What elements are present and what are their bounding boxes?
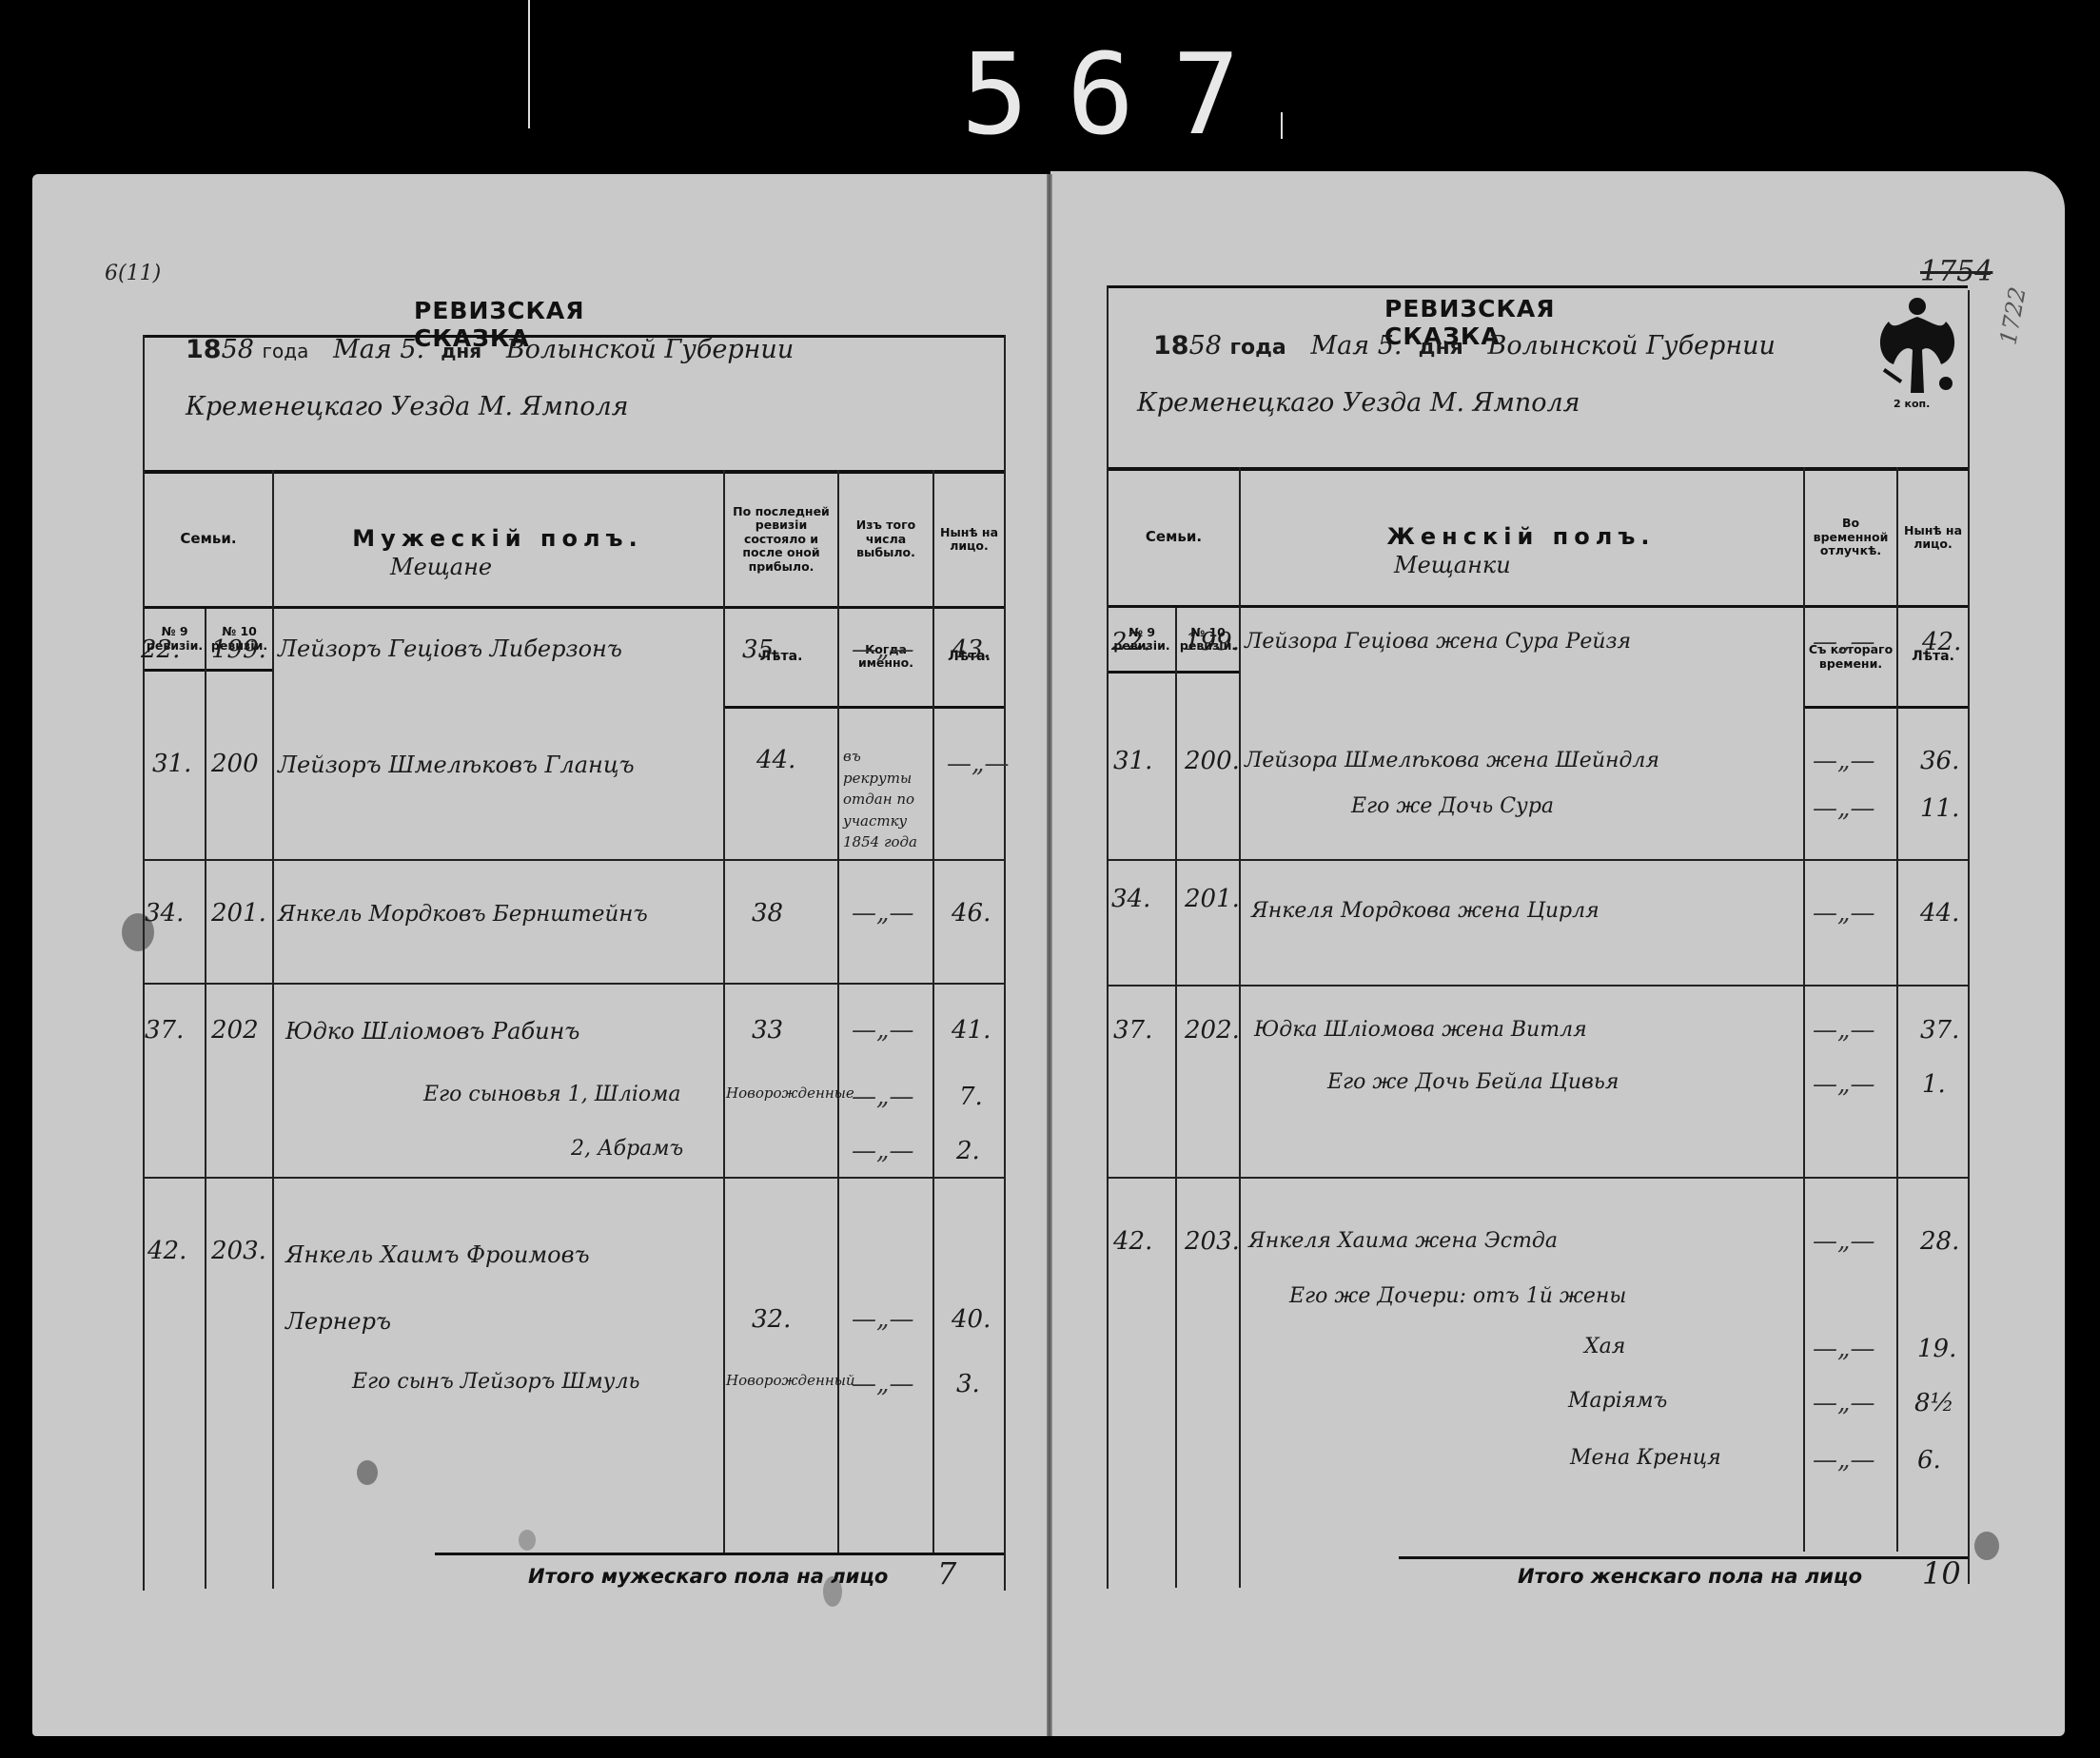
rev9-number: 22. [1111, 628, 1150, 656]
age-now: 28. [1920, 1227, 1959, 1256]
header-years: Лѣта. [1898, 608, 1968, 706]
age-now: 42. [1922, 628, 1961, 656]
total-rule [1399, 1556, 1968, 1559]
year-suffix: года [1230, 336, 1286, 360]
subheader-rule [723, 706, 1004, 709]
absent-value: —„— [1813, 1227, 1874, 1256]
district-line: Кременецкаго Уезда М. Ямполя [186, 392, 629, 421]
person-name: Янкель Хаимъ Фроимовъ [285, 1241, 590, 1268]
age-now: 11. [1920, 794, 1959, 823]
scan-tick-mark [528, 0, 530, 128]
rev10-number: 199. [1185, 628, 1240, 656]
header-departed: Изъ того числа выбыло. [839, 473, 932, 606]
total-rule [435, 1553, 1004, 1555]
subheader-rule [145, 669, 272, 672]
age-last-revision: 38 [752, 899, 783, 928]
absent-value: —„— [1813, 899, 1874, 928]
rev10-number: 203. [1185, 1227, 1240, 1256]
header-present: Нынѣ на лицо. [1898, 470, 1968, 605]
absent-value: —„— [1813, 747, 1874, 775]
age-last-revision: 35. [742, 635, 781, 664]
rev9-number: 37. [1113, 1016, 1152, 1045]
person-name: Его сынъ Лейзоръ Шмуль [352, 1370, 639, 1394]
rev9-number: 34. [145, 899, 184, 928]
col-rule [1175, 608, 1177, 1588]
scan-tick-mark [1281, 112, 1283, 139]
subheader-rule [1803, 706, 1968, 709]
person-name: Лейзоръ Шмелѣковъ Гланцъ [278, 752, 635, 778]
year-suffix: года [263, 340, 309, 362]
absent-value: —„— [1813, 1070, 1874, 1099]
person-name: Лернеръ [285, 1308, 391, 1335]
person-name: Хая [1584, 1335, 1625, 1358]
age-now: 2. [956, 1137, 980, 1165]
age-last-revision: 33 [752, 1016, 783, 1045]
age-last-revision: 44. [756, 746, 795, 774]
total-label: Итого женскаго пола на лицо [1518, 1565, 1862, 1588]
age-last-revision: Новорожденные [726, 1084, 854, 1102]
col-rule [272, 470, 274, 1589]
frame-right-rule [1968, 290, 1970, 1584]
rev9-number: 34. [1111, 885, 1150, 913]
age-last-revision: Новорожденный [726, 1372, 855, 1389]
age-now: 40. [952, 1305, 991, 1334]
age-now: —„— [947, 750, 1009, 778]
absent-value: —„— [1813, 794, 1874, 823]
district-line: Кременецкаго Уезда М. Ямполя [1137, 388, 1580, 418]
person-name: Янкеля Хаима жена Эстда [1248, 1229, 1558, 1253]
departed-value: —„— [852, 635, 913, 664]
date-line: 1858 года Мая 5. дня Волынской Губернии [186, 335, 794, 364]
stamp-duty-label: 2 коп. [1894, 398, 1930, 410]
day: 5. [1378, 331, 1403, 361]
departed-value: —„— [852, 1083, 913, 1111]
departed-value: —„— [852, 1305, 913, 1334]
age-now: 37. [1920, 1016, 1959, 1045]
year-written: 58 [222, 335, 254, 364]
estate-label: Мещанки [1394, 552, 1511, 578]
province: Волынской Губернии [506, 335, 794, 364]
departed-value: —„— [852, 1370, 913, 1398]
archive-page-number: 567 [961, 38, 1278, 150]
header-last-revision: По последней ревизіи состояло и после он… [725, 473, 837, 606]
ink-stain [357, 1460, 378, 1485]
month: Мая [1311, 331, 1370, 361]
day-label: дня [441, 340, 481, 362]
folio-mark: 6(11) [105, 262, 161, 285]
person-name: Его же Дочь Бейла Цивья [1327, 1070, 1619, 1094]
header-section: Женскій полъ. [1239, 470, 1803, 605]
person-name: Марiямъ [1568, 1389, 1667, 1413]
departed-value: —„— [852, 899, 913, 928]
absent-value: —„— [1813, 1389, 1874, 1417]
departed-value: —„— [852, 1016, 913, 1045]
month: Мая [333, 335, 392, 364]
person-name: Янкеля Мордкова жена Цирля [1251, 899, 1600, 923]
rev9-number: 42. [147, 1237, 186, 1265]
rev10-number: 202 [211, 1016, 259, 1045]
rev9-number: 31. [152, 750, 191, 778]
rev10-number: 201. [1185, 885, 1240, 913]
year-printed: 18 [1153, 331, 1189, 361]
header-since: Съ котораго времени. [1805, 608, 1896, 706]
rev9-number: 22. [141, 635, 180, 664]
row-rule [145, 983, 1004, 985]
header-section: Мужескій полъ. [272, 473, 723, 606]
absent-value: —„— [1813, 1016, 1874, 1045]
book-gutter [1047, 174, 1052, 1736]
header-family: Семьи. [145, 473, 272, 606]
subheader-rule [1109, 671, 1239, 674]
rev10-number: 200. [1185, 747, 1240, 775]
rev10-number: 201. [211, 899, 266, 928]
header-family: Семьи. [1109, 470, 1239, 605]
person-name: Лейзоръ Гецiовъ Либерзонъ [278, 635, 622, 662]
absent-value: —„— [1813, 628, 1874, 656]
rev9-number: 37. [145, 1016, 184, 1045]
total-value: 10 [1922, 1555, 1961, 1592]
total-value: 7 [937, 1555, 956, 1592]
row-rule [1109, 859, 1968, 861]
person-name: Мена Кренця [1570, 1446, 1721, 1470]
header-present: Нынѣ на лицо. [934, 473, 1004, 606]
frame-right-rule [1004, 335, 1006, 1591]
departed-value: —„— [852, 1137, 913, 1165]
rev10-number: 199. [211, 635, 266, 664]
person-name: 2, Абрамъ [571, 1137, 683, 1161]
day-label: дня [1419, 336, 1463, 360]
folio-mark: 1754 [1920, 255, 1992, 288]
age-now: 8½ [1914, 1389, 1954, 1417]
total-label: Итого мужескаго пола на лицо [528, 1565, 888, 1588]
age-now: 6. [1917, 1446, 1941, 1475]
absent-value: —„— [1813, 1446, 1874, 1475]
age-last-revision: 32. [752, 1305, 791, 1334]
rev10-number: 203. [211, 1237, 266, 1265]
person-name: Янкель Мордковъ Бернштейнъ [278, 902, 648, 927]
rev9-number: 42. [1113, 1227, 1152, 1256]
person-name: Его же Дочь Сура [1351, 794, 1554, 818]
person-name: Юдка Шлiомова жена Витля [1254, 1018, 1587, 1042]
row-rule [1109, 1177, 1968, 1179]
age-now: 3. [956, 1370, 980, 1398]
age-now: 36. [1920, 747, 1959, 775]
col-rule [205, 609, 206, 1589]
frame-top-rule [1107, 285, 1968, 288]
age-now: 44. [1920, 899, 1959, 928]
age-now: 7. [959, 1083, 983, 1111]
person-name: Лейзора Шмелѣкова жена Шейндля [1245, 749, 1659, 772]
age-now: 19. [1917, 1335, 1956, 1363]
age-now: 1. [1922, 1070, 1946, 1099]
province: Волынской Губернии [1488, 331, 1776, 361]
header-absent: Во временной отлучкѣ. [1805, 470, 1896, 605]
date-line: 1858 года Мая 5. дня Волынской Губернии [1153, 331, 1776, 361]
rev10-number: 202. [1185, 1016, 1240, 1045]
person-name: Лейзора Гецiова жена Сура Рейзя [1245, 630, 1631, 654]
absent-value: —„— [1813, 1335, 1874, 1363]
row-rule [145, 1177, 1004, 1179]
estate-label: Мещане [390, 554, 492, 580]
age-now: 46. [952, 899, 991, 928]
year-printed: 18 [186, 335, 222, 364]
year-written: 58 [1189, 331, 1222, 361]
rev9-number: 31. [1113, 747, 1152, 775]
day: 5. [400, 335, 424, 364]
age-now: 43. [952, 635, 991, 664]
person-name: Юдко Шлiомовъ Рабинъ [285, 1018, 579, 1045]
row-rule [1109, 985, 1968, 986]
rev10-number: 200 [211, 750, 259, 778]
person-name: Его же Дочери: отъ 1й жены [1289, 1284, 1626, 1308]
departed-value: въ рекруты отдан по участку 1854 года [843, 746, 931, 853]
ink-stain [519, 1530, 536, 1551]
ink-stain [1974, 1532, 1999, 1560]
age-now: 41. [952, 1016, 991, 1045]
row-rule [145, 859, 1004, 861]
person-name: Его сыновья 1, Шлiома [423, 1083, 680, 1106]
